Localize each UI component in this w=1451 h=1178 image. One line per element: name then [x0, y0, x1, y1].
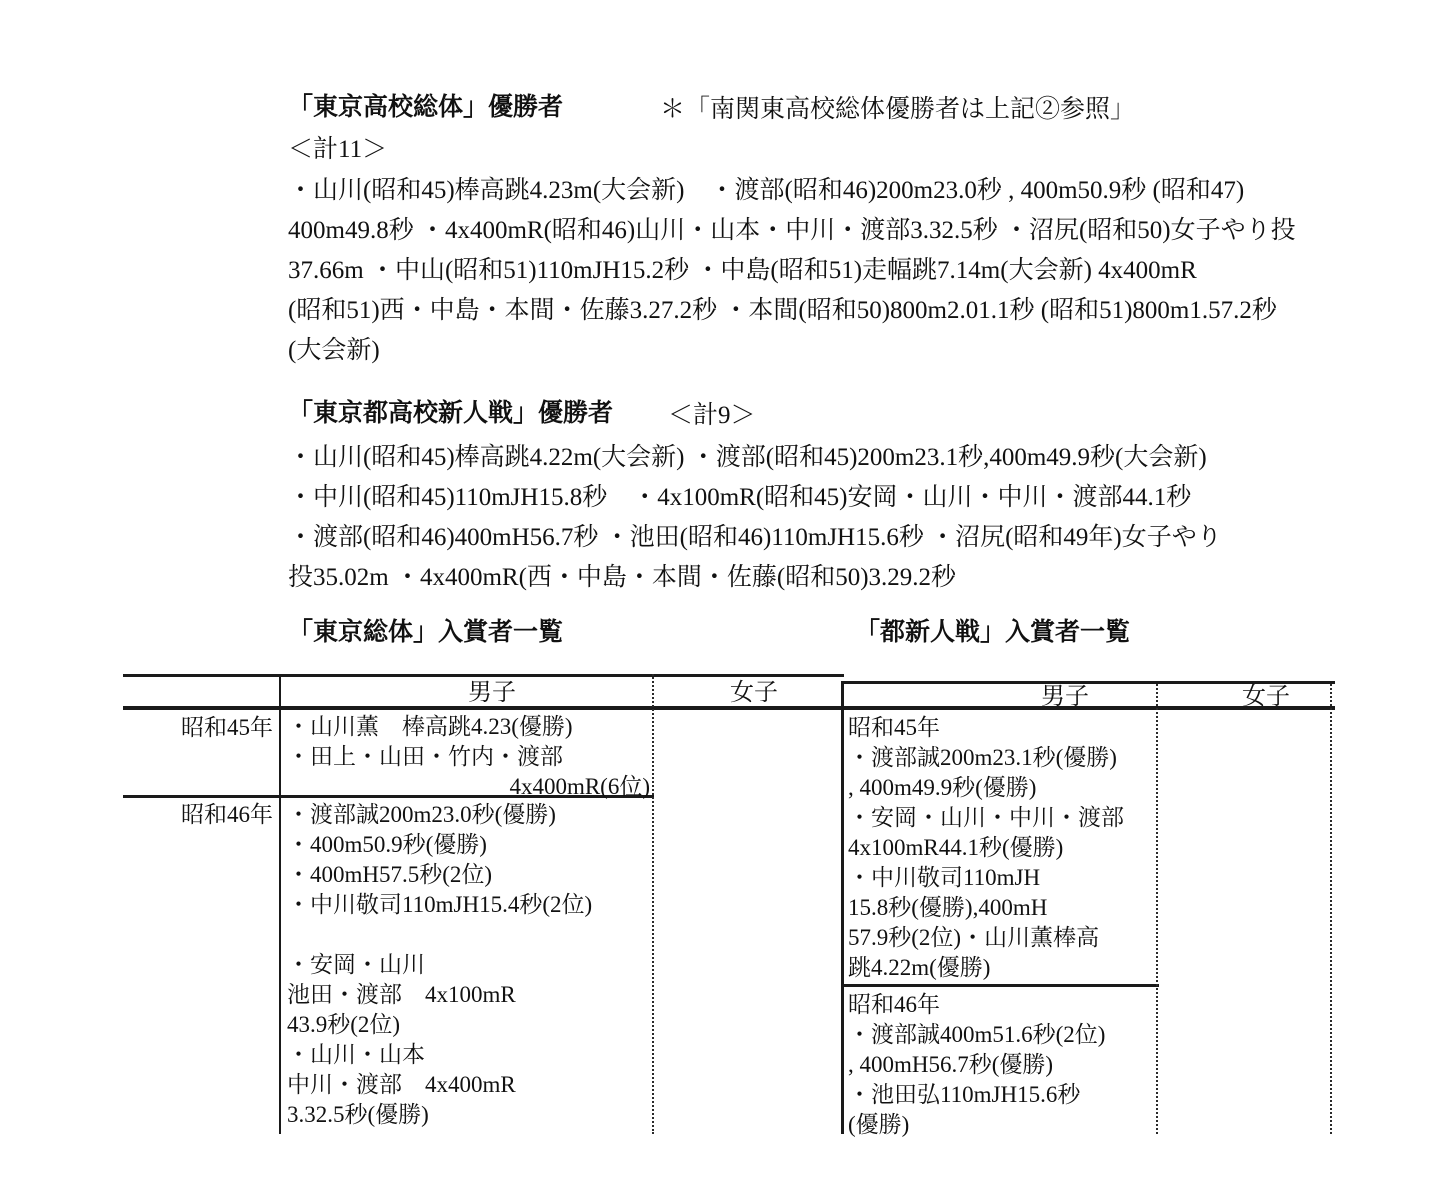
table-cell-line: 4x400mR(6位)	[287, 772, 650, 802]
left-table-male-cell-row1: ・山川薫 棒高跳4.23(優勝) ・田上・山田・竹内・渡部 4x400mR(6位…	[287, 712, 650, 802]
table-cell-line: 4x100mR44.1秒(優勝)	[848, 833, 1154, 863]
table-cell-line: ・安岡・山川	[287, 950, 650, 980]
table-cell-line: 跳4.22m(優勝)	[848, 953, 1154, 983]
table-cell-line: ・安岡・山川・中川・渡部	[848, 803, 1154, 833]
table-cell-line: ・中川敬司110mJH15.4秒(2位)	[287, 890, 650, 920]
right-table-male-cell-row1: 昭和45年 ・渡部誠200m23.1秒(優勝) , 400m49.9秒(優勝) …	[848, 713, 1154, 983]
table-cell-line: 昭和45年	[848, 713, 1154, 743]
table-cell-line: 15.8秒(優勝),400mH	[848, 893, 1154, 923]
table-cell-line: 57.9秒(2位)・山川薫棒高	[848, 923, 1154, 953]
table-border-header-bottom	[123, 706, 1335, 710]
tables-middle-divider	[841, 681, 844, 1134]
left-table-column-header-female: 女子	[730, 680, 778, 706]
section1-note: ＊「南関東高校総体優勝者は上記②参照」	[660, 94, 1135, 126]
right-table-male-cell-row2: 昭和46年 ・渡部誠400m51.6秒(2位) , 400mH56.7秒(優勝)…	[848, 990, 1154, 1140]
table-cell-line: 池田・渡部 4x100mR	[287, 980, 650, 1010]
section2-title: 「東京都高校新人戦」優勝者	[288, 398, 613, 430]
paragraph-line: 投35.02m ・4x400mR(西・中島・本間・佐藤(昭和50)3.29.2秒	[288, 558, 1222, 598]
paragraph-line: 400m49.8秒 ・4x400mR(昭和46)山川・山本・中川・渡部3.32.…	[288, 211, 1296, 251]
left-table-column-header-male: 男子	[468, 680, 516, 706]
table-cell-line: ・400mH57.5秒(2位)	[287, 860, 650, 890]
table-cell-line: ・山川薫 棒高跳4.23(優勝)	[287, 712, 650, 742]
right-table-right-edge	[1330, 684, 1332, 1134]
left-table-year-1971: 昭和46年	[123, 801, 273, 829]
paragraph-line: (大会新)	[288, 331, 1296, 371]
right-table-column-header-female: 女子	[1242, 684, 1290, 710]
paragraph-line: ・渡部(昭和46)400mH56.7秒 ・池田(昭和46)110mJH15.6秒…	[288, 518, 1222, 558]
table-cell-line: ・山川・山本	[287, 1040, 650, 1070]
table-cell-line: ・渡部誠200m23.1秒(優勝)	[848, 743, 1154, 773]
section1-count: ＜計11＞	[288, 134, 387, 166]
table-cell-line: , 400m49.9秒(優勝)	[848, 773, 1154, 803]
left-table-year-1970: 昭和45年	[123, 714, 273, 742]
table-cell-line	[287, 920, 650, 950]
right-table-title: 「都新人戦」入賞者一覧	[855, 617, 1130, 649]
table-cell-line: ・池田弘110mJH15.6秒	[848, 1080, 1154, 1110]
left-table-title: 「東京総体」入賞者一覧	[288, 617, 563, 649]
section2-count: ＜計9＞	[668, 400, 756, 432]
table-cell-line: 3.32.5秒(優勝)	[287, 1100, 650, 1130]
left-table-male-cell-row2: ・渡部誠200m23.0秒(優勝) ・400m50.9秒(優勝) ・400mH5…	[287, 800, 650, 1130]
right-table-row-separator	[843, 984, 1159, 987]
table-cell-line: ・中川敬司110mJH	[848, 863, 1154, 893]
table-cell-line: ・渡部誠400m51.6秒(2位)	[848, 1020, 1154, 1050]
table-cell-line: 中川・渡部 4x400mR	[287, 1070, 650, 1100]
left-table-male-female-divider	[652, 674, 654, 1134]
section1-title: 「東京高校総体」優勝者	[288, 92, 563, 124]
paragraph-line: (昭和51)西・中島・本間・佐藤3.27.2秒 ・本間(昭和50)800m2.0…	[288, 291, 1296, 331]
section2-body: ・山川(昭和45)棒高跳4.22m(大会新) ・渡部(昭和45)200m23.1…	[288, 438, 1222, 598]
table-cell-line: (優勝)	[848, 1110, 1154, 1140]
scanned-document-page: 「東京高校総体」優勝者 ＊「南関東高校総体優勝者は上記②参照」 ＜計11＞ ・山…	[0, 0, 1451, 1178]
left-table-year-divider	[279, 674, 281, 1134]
table-cell-line: 昭和46年	[848, 990, 1154, 1020]
table-cell-line: ・400m50.9秒(優勝)	[287, 830, 650, 860]
paragraph-line: ・山川(昭和45)棒高跳4.23m(大会新) ・渡部(昭和46)200m23.0…	[288, 171, 1296, 211]
right-table-male-female-divider	[1156, 684, 1158, 1134]
table-cell-line: 43.9秒(2位)	[287, 1010, 650, 1040]
paragraph-line: ・山川(昭和45)棒高跳4.22m(大会新) ・渡部(昭和45)200m23.1…	[288, 438, 1222, 478]
table-cell-line: ・田上・山田・竹内・渡部	[287, 742, 650, 772]
paragraph-line: 37.66m ・中山(昭和51)110mJH15.2秒 ・中島(昭和51)走幅跳…	[288, 251, 1296, 291]
paragraph-line: ・中川(昭和45)110mJH15.8秒 ・4x100mR(昭和45)安岡・山川…	[288, 478, 1222, 518]
table-cell-line: ・渡部誠200m23.0秒(優勝)	[287, 800, 650, 830]
section1-body: ・山川(昭和45)棒高跳4.23m(大会新) ・渡部(昭和46)200m23.0…	[288, 171, 1296, 371]
right-table-column-header-male: 男子	[1041, 684, 1089, 710]
table-cell-line: , 400mH56.7秒(優勝)	[848, 1050, 1154, 1080]
table-border-top-left	[123, 674, 844, 677]
